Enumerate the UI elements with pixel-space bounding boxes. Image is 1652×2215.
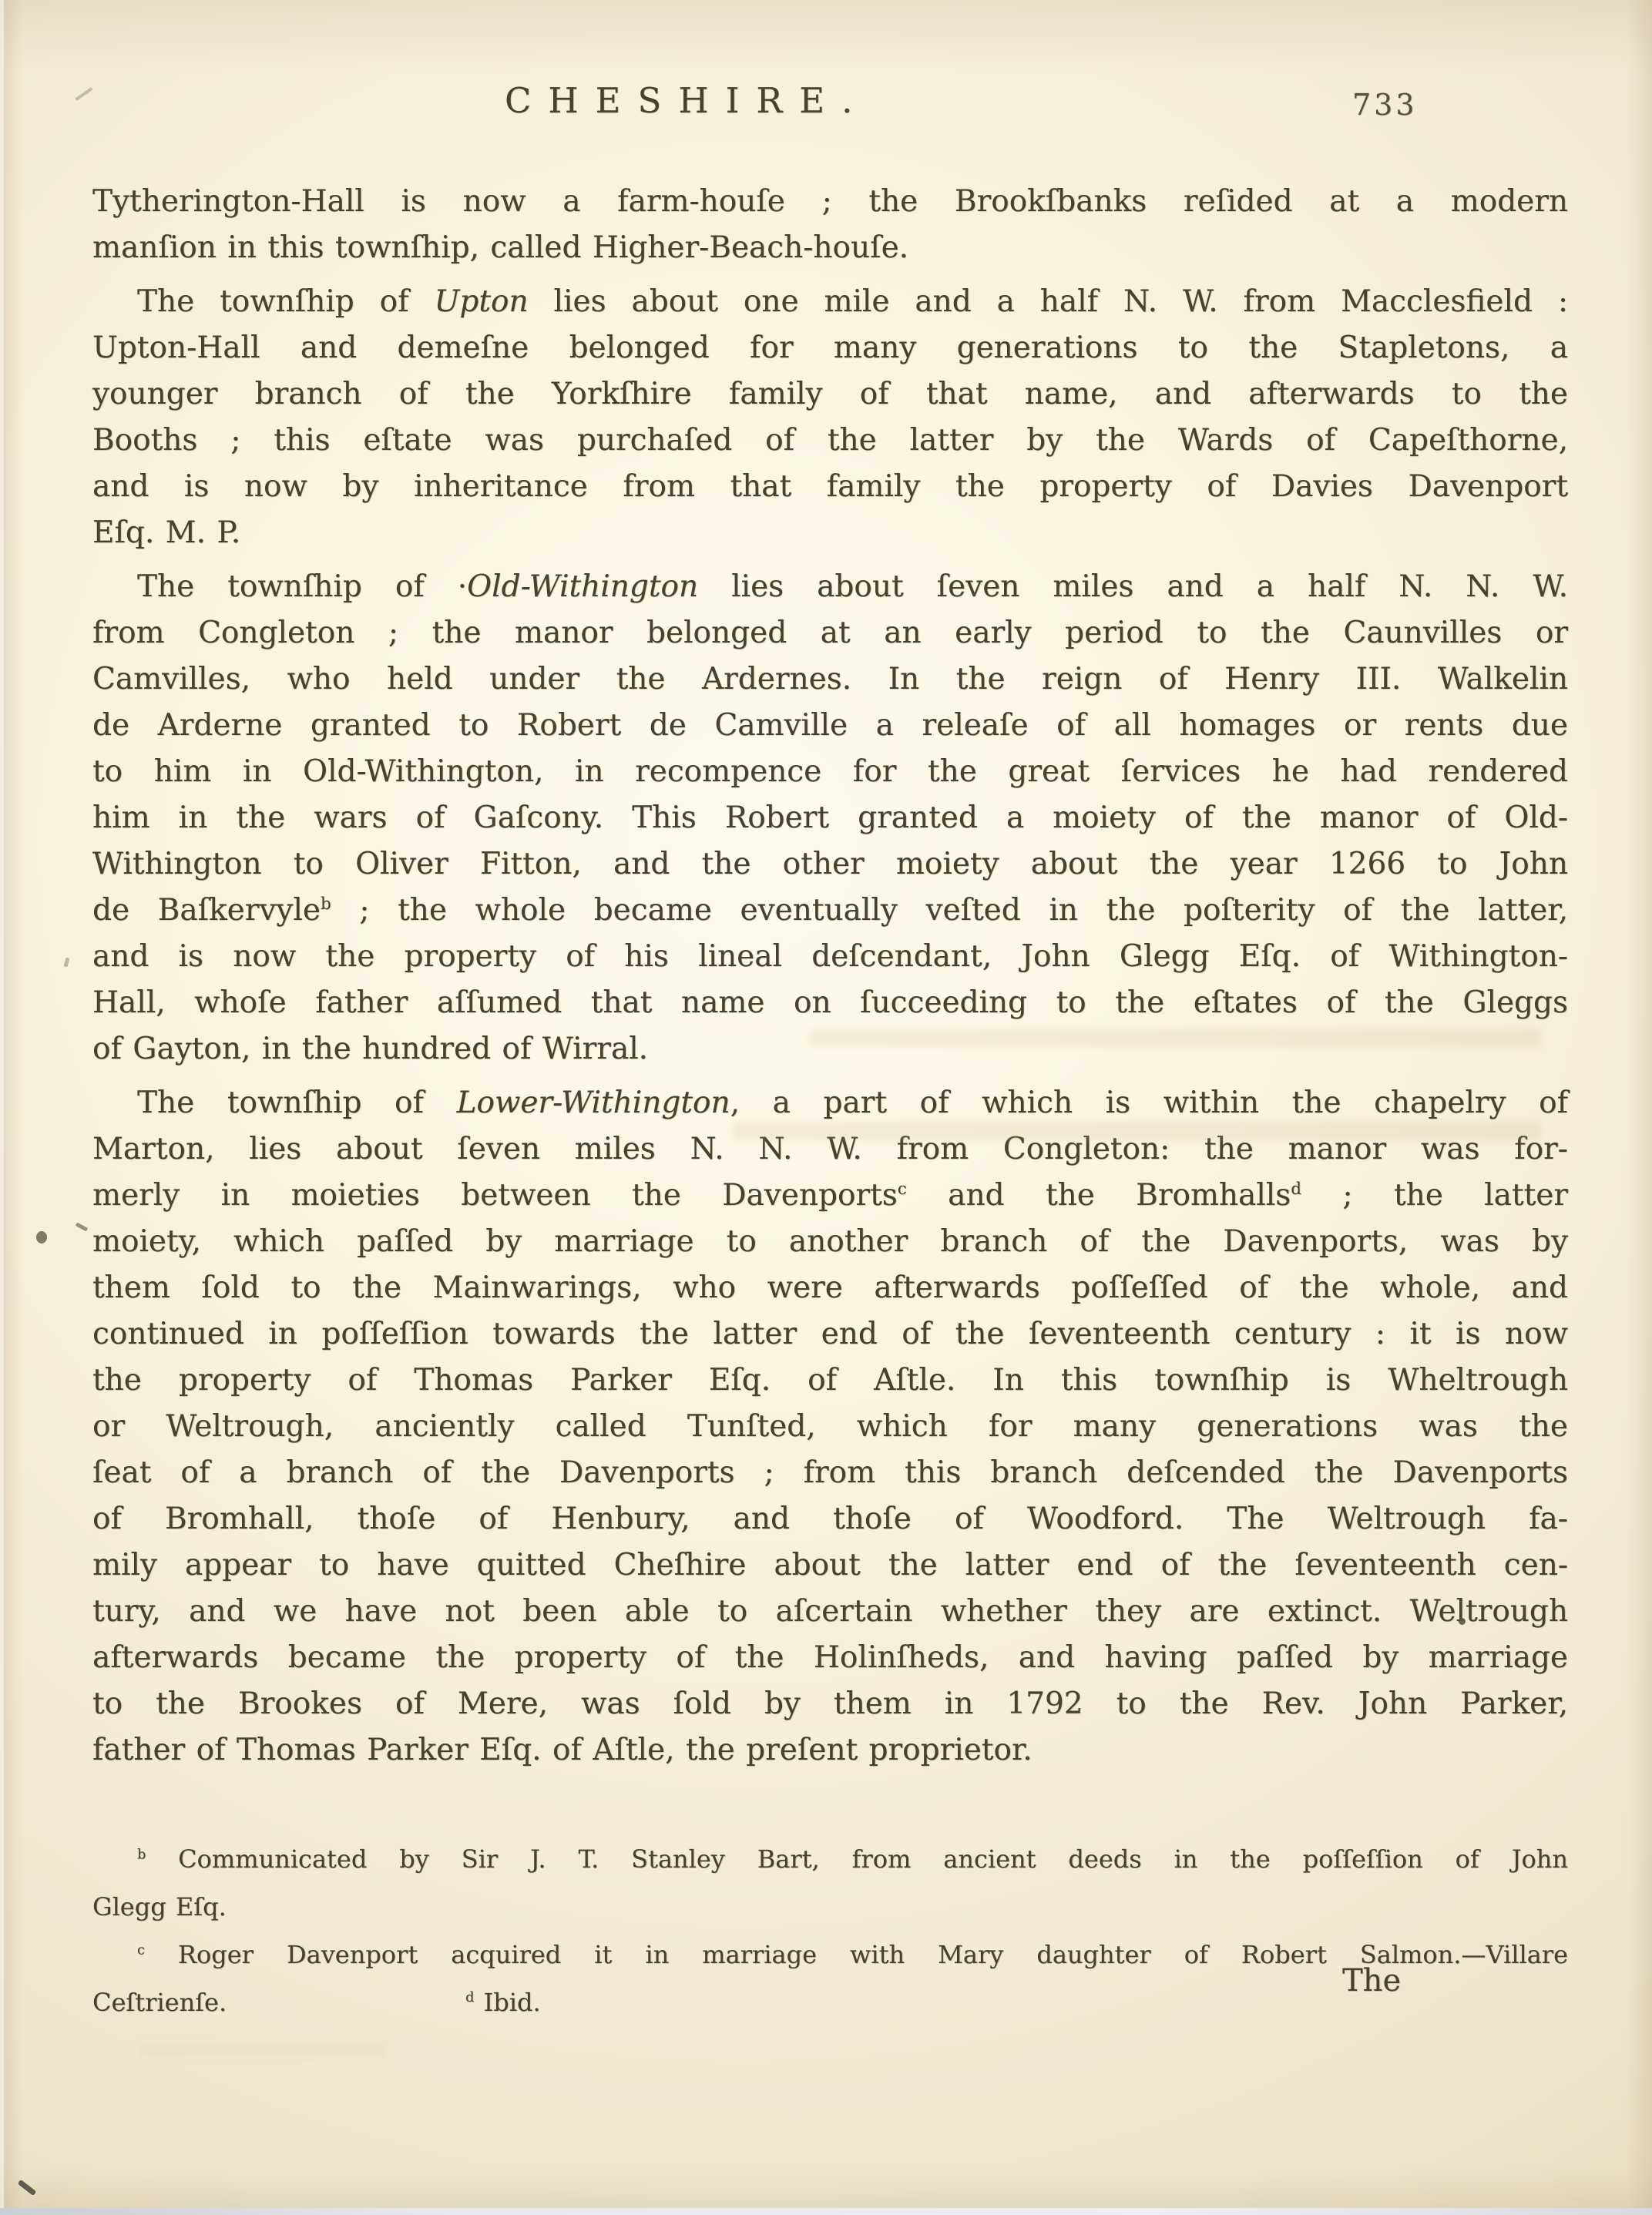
text-segment: to him in Old-Withington, in recompence …: [92, 754, 1568, 789]
footnote-marker: c: [898, 1180, 907, 1199]
paragraph: The townſhip of ·Old-Withington lies abo…: [92, 564, 1568, 1072]
text-line: Upton-Hall and demeſne belonged for many…: [92, 325, 1568, 371]
text-segment: mily appear to have quitted Cheſhire abo…: [92, 1548, 1568, 1582]
text-line: tury, and we have not been able to aſcer…: [92, 1589, 1568, 1635]
text-segment: manſion in this townſhip, called Higher-…: [92, 230, 908, 265]
text-line: continued in poſſeſſion towards the latt…: [92, 1311, 1568, 1358]
text-segment: Upton-Hall and demeſne belonged for many…: [92, 331, 1568, 365]
text-line: them ſold to the Mainwarings, who were a…: [92, 1265, 1568, 1311]
ink-speck: [76, 1223, 88, 1232]
text-line: The townſhip of Upton lies about one mil…: [92, 279, 1568, 325]
text-line: The townſhip of Lower-Withington, a part…: [92, 1080, 1568, 1126]
text-line: to the Brookes of Mere, was ſold by them…: [92, 1681, 1568, 1727]
show-through-mark: [809, 1029, 1541, 1047]
text-line: and is now by inheritance from that fami…: [92, 464, 1568, 510]
text-segment: father of Thomas Parker Eſq. of Aſtle, t…: [92, 1733, 1032, 1767]
text-segment: Withington to Oliver Fitton, and the oth…: [92, 847, 1568, 881]
text-line: to him in Old-Withington, in recompence …: [92, 749, 1568, 795]
text-segment: lies about ſeven miles and a half N. N. …: [698, 569, 1568, 604]
text-line: of Bromhall, thoſe of Henbury, and thoſe…: [92, 1496, 1568, 1542]
text-line: him in the wars of Gaſcony. This Robert …: [92, 795, 1568, 841]
footnote-marker: d: [1291, 1180, 1301, 1199]
text-line: Eſq. M. P.: [92, 510, 1568, 556]
text-segment: him in the wars of Gaſcony. This Robert …: [92, 800, 1568, 835]
scan-bottom-edge: [0, 2208, 1652, 2215]
text-segment: de Arderne granted to Robert de Camville…: [92, 708, 1568, 743]
text-line: manſion in this townſhip, called Higher-…: [92, 225, 1568, 271]
text-line: Withington to Oliver Fitton, and the oth…: [92, 841, 1568, 888]
catchword: The: [1342, 1963, 1401, 1999]
running-head: CHESHIRE. 733: [92, 80, 1568, 149]
ink-speck: [64, 958, 70, 968]
text-segment: Ibid.: [474, 1988, 540, 2017]
text-segment: from Congleton ; the manor belonged at a…: [92, 616, 1568, 650]
text-segment: tury, and we have not been able to aſcer…: [92, 1594, 1568, 1629]
text-segment: The townſhip of: [137, 1086, 457, 1120]
text-segment: to the Brookes of Mere, was ſold by them…: [92, 1686, 1568, 1721]
text-segment: Lower-Withington: [457, 1086, 730, 1120]
text-line: Tytherington-Hall is now a farm-houſe ; …: [92, 179, 1568, 225]
text-segment: lies about one mile and a half N. W. fro…: [529, 284, 1568, 319]
text-segment: younger branch of the Yorkſhire family o…: [92, 377, 1568, 411]
text-segment: The townſhip of ·: [137, 569, 467, 604]
text-segment: of Gayton, in the hundred of Wirral.: [92, 1032, 648, 1066]
ink-speck: [18, 2180, 37, 2197]
text-line: father of Thomas Parker Eſq. of Aſtle, t…: [92, 1727, 1568, 1774]
text-line: b Communicated by Sir J. T. Stanley Bart…: [92, 1835, 1568, 1883]
text-segment: of Bromhall, thoſe of Henbury, and thoſe…: [92, 1502, 1568, 1536]
paragraph: The townſhip of Upton lies about one mil…: [92, 279, 1568, 556]
text-segment: and is now the property of his lineal de…: [92, 939, 1568, 974]
text-segment: afterwards became the property of the Ho…: [92, 1640, 1568, 1675]
text-line: The townſhip of ·Old-Withington lies abo…: [92, 564, 1568, 610]
text-segment: Hall, whoſe father aſſumed that name on …: [92, 985, 1568, 1020]
text-line: Camvilles, who held under the Ardernes. …: [92, 656, 1568, 703]
text-line: mily appear to have quitted Cheſhire abo…: [92, 1542, 1568, 1589]
text-segment: The townſhip of: [137, 284, 435, 319]
text-line: merly in moieties between the Davenports…: [92, 1173, 1568, 1219]
ink-speck: [36, 1231, 47, 1243]
paragraph: Tytherington-Hall is now a farm-houſe ; …: [92, 179, 1568, 271]
show-through-mark: [732, 1121, 1541, 1141]
text-line: younger branch of the Yorkſhire family o…: [92, 371, 1568, 418]
footnote-marker: b: [321, 894, 331, 914]
footnote-marker: b: [137, 1847, 146, 1862]
text-segment: continued in poſſeſſion towards the latt…: [92, 1317, 1568, 1351]
paragraph: The townſhip of Lower-Withington, a part…: [92, 1080, 1568, 1774]
text-segment: or Weltrough, anciently called Tunſted, …: [92, 1409, 1568, 1444]
text-line: afterwards became the property of the Ho…: [92, 1635, 1568, 1681]
footnote-marker: c: [137, 1942, 145, 1958]
show-through-mark: [139, 2043, 385, 2057]
text-line: Glegg Eſq.: [92, 1883, 1568, 1931]
text-line: de Arderne granted to Robert de Camville…: [92, 703, 1568, 749]
book-page-scan: CHESHIRE. 733 Tytherington-Hall is now a…: [0, 0, 1652, 2215]
text-line: or Weltrough, anciently called Tunſted, …: [92, 1404, 1568, 1450]
text-segment: moiety, which paſſed by marriage to anot…: [92, 1224, 1568, 1259]
ink-speck: [1459, 1618, 1466, 1625]
text-segment: ; the latter: [1301, 1178, 1568, 1213]
scan-left-edge: [0, 0, 4, 2215]
text-line: moiety, which paſſed by marriage to anot…: [92, 1219, 1568, 1265]
text-segment: Old-Withington: [467, 569, 698, 604]
text-line: Booths ; this eſtate was purchaſed of th…: [92, 418, 1568, 464]
text-segment: ſeat of a branch of the Davenports ; fro…: [92, 1455, 1568, 1490]
text-segment: de Baſkervyle: [92, 893, 321, 928]
text-segment: , a part of which is within the chapelry…: [730, 1086, 1568, 1120]
footnote-marker: d: [465, 1990, 474, 2005]
body-text: Tytherington-Hall is now a farm-houſe ; …: [92, 179, 1568, 1774]
text-segment: Glegg Eſq.: [92, 1892, 227, 1921]
page-title: CHESHIRE.: [505, 80, 869, 121]
text-segment: Tytherington-Hall is now a farm-houſe ; …: [92, 184, 1568, 219]
text-segment: ; the whole became eventually veſted in …: [331, 893, 1568, 928]
text-segment: and the Bromhalls: [907, 1178, 1291, 1213]
text-segment: Camvilles, who held under the Ardernes. …: [92, 662, 1568, 696]
text-segment: Communicated by Sir J. T. Stanley Bart, …: [146, 1844, 1568, 1874]
text-segment: Ceſtrienſe.: [92, 1988, 227, 2017]
text-segment: Booths ; this eſtate was purchaſed of th…: [92, 423, 1568, 458]
ink-speck: [75, 87, 93, 101]
text-line: and is now the property of his lineal de…: [92, 934, 1568, 980]
text-segment: Eſq. M. P.: [92, 515, 240, 550]
text-line: de Baſkervyleb ; the whole became eventu…: [92, 888, 1568, 934]
text-line: from Congleton ; the manor belonged at a…: [92, 610, 1568, 656]
text-line: Hall, whoſe father aſſumed that name on …: [92, 980, 1568, 1026]
text-line: ſeat of a branch of the Davenports ; fro…: [92, 1450, 1568, 1496]
text-line: the property of Thomas Parker Eſq. of Aſ…: [92, 1358, 1568, 1404]
text-segment: Upton: [435, 284, 529, 319]
text-segment: and is now by inheritance from that fami…: [92, 469, 1568, 504]
text-segment: them ſold to the Mainwarings, who were a…: [92, 1270, 1568, 1305]
text-segment: merly in moieties between the Davenports: [92, 1178, 898, 1213]
page-number: 733: [1352, 88, 1418, 122]
text-segment: the property of Thomas Parker Eſq. of Aſ…: [92, 1363, 1568, 1398]
